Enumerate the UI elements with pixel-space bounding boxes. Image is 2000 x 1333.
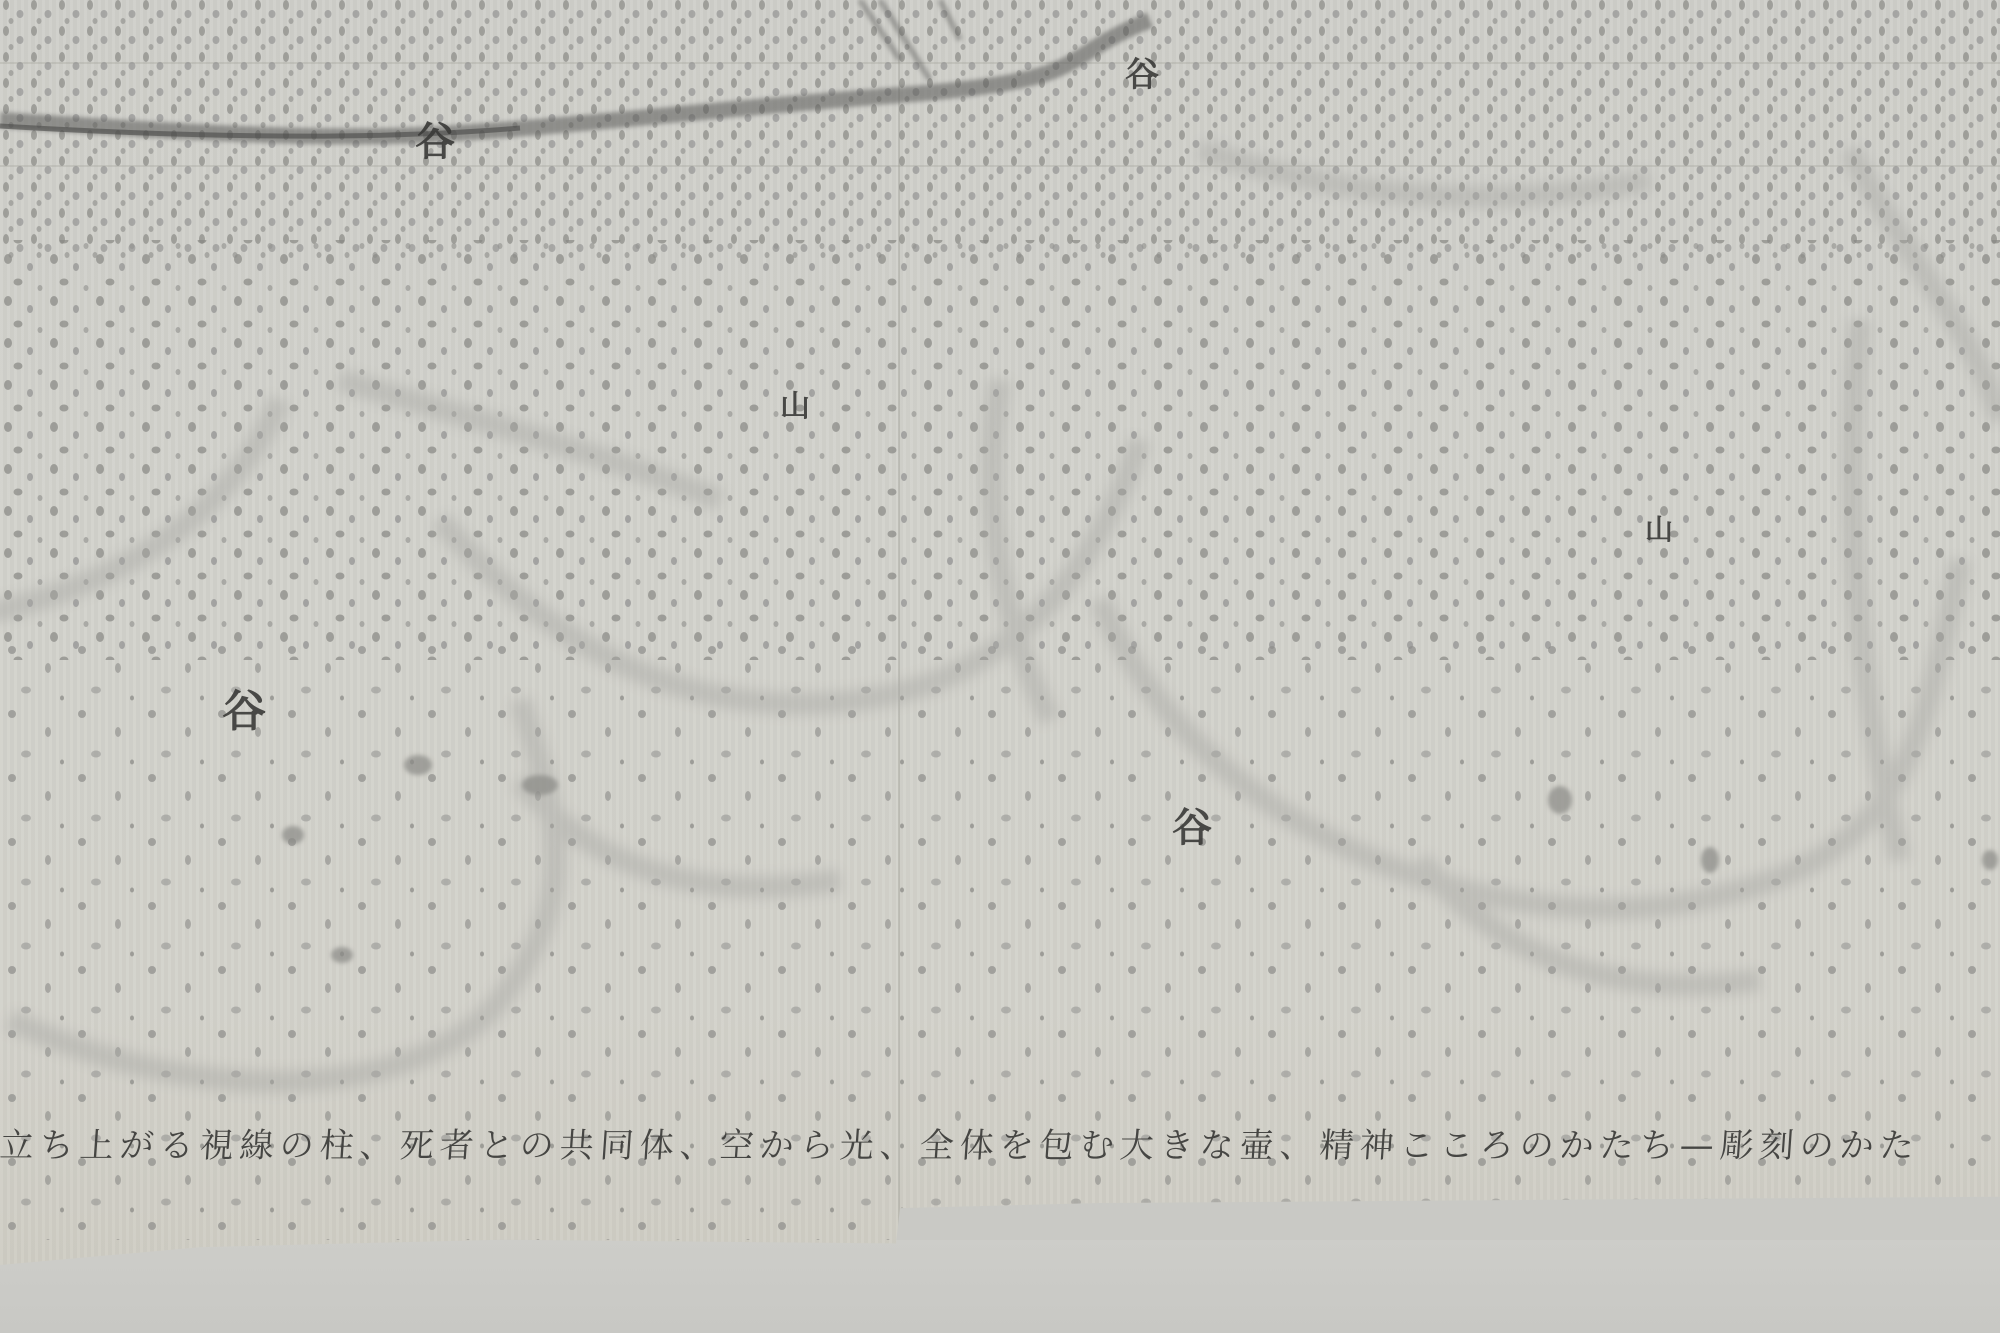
label-valley-4: 谷	[1172, 808, 1212, 848]
label-valley-3: 谷	[222, 690, 266, 734]
label-valley-1: 谷	[415, 122, 455, 162]
artwork-photo: 谷 谷 山 山 谷 谷 立ち上がる視線の柱、死者との共同体、空から光、全体を包む…	[0, 0, 2000, 1333]
label-valley-2: 谷	[1125, 58, 1159, 92]
handwritten-caption: 立ち上がる視線の柱、死者との共同体、空から光、全体を包む大きな壷、精神こころのか…	[0, 1118, 2000, 1167]
label-mountain-2: 山	[1645, 516, 1673, 544]
ink-pattern	[0, 0, 2000, 1265]
label-mountain-1: 山	[780, 392, 810, 422]
paper-sheet: 谷 谷 山 山 谷 谷 立ち上がる視線の柱、死者との共同体、空から光、全体を包む…	[0, 0, 2000, 1265]
gallery-wall	[0, 1240, 2000, 1333]
